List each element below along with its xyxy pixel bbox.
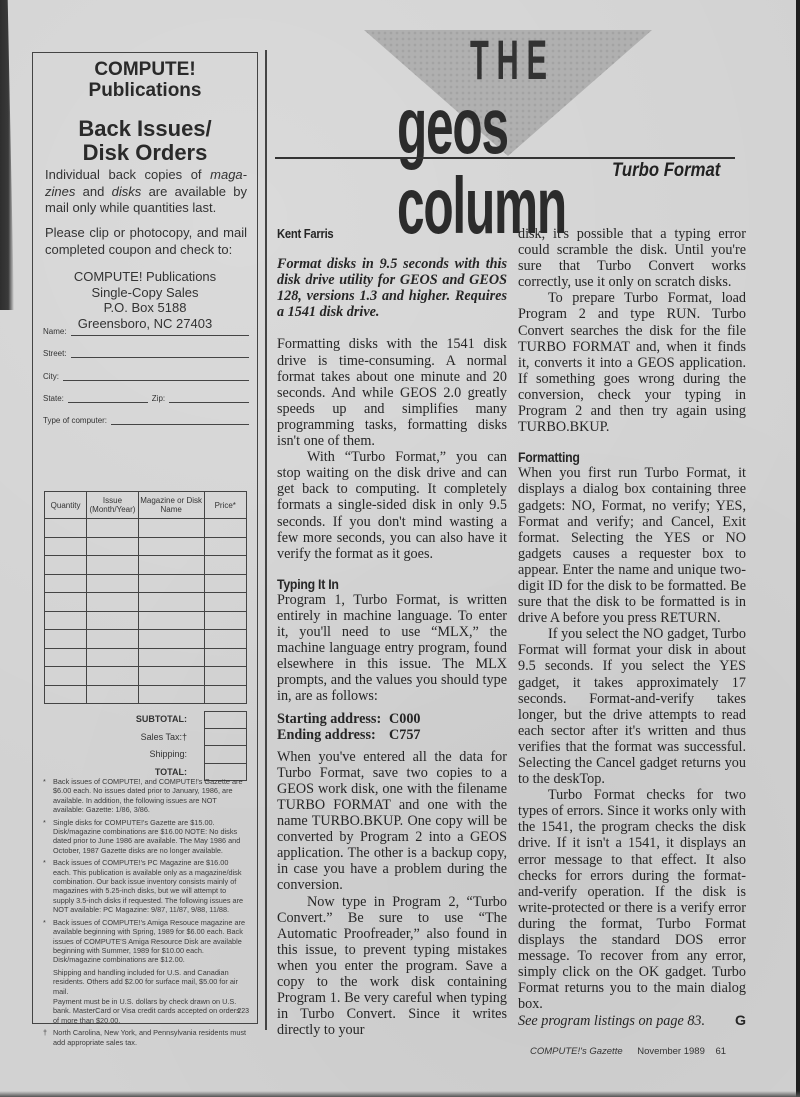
order-cell[interactable] — [45, 574, 87, 593]
order-row — [45, 519, 247, 538]
order-cell[interactable] — [204, 574, 247, 593]
order-cell[interactable] — [87, 537, 139, 556]
page-bottom-edge — [0, 1091, 800, 1097]
order-cell[interactable] — [138, 685, 204, 704]
order-cell[interactable] — [87, 630, 139, 649]
computer-type-field[interactable]: Type of computer: — [43, 416, 249, 425]
note-item: Shipping and handling included for U.S. … — [43, 968, 247, 996]
order-cell[interactable] — [87, 574, 139, 593]
coupon-notes: *Back issues of COMPUTE!, and COMPUTE!'s… — [43, 777, 247, 1050]
coupon-title: COMPUTE! Publications — [33, 59, 257, 101]
col-name: Magazine or Disk Name — [138, 492, 204, 519]
listing-reference: See program listings on page 83.G — [518, 1013, 746, 1029]
ending-address: Ending address:C757 — [277, 727, 507, 743]
col-price: Price* — [204, 492, 247, 519]
order-cell[interactable] — [87, 667, 139, 686]
page-number: 61 — [716, 1046, 727, 1057]
shipping-box[interactable] — [204, 746, 247, 764]
paragraph: With “Turbo Format,” you can stop waitin… — [277, 449, 507, 562]
order-cell[interactable] — [45, 667, 87, 686]
note-item: *Back issues of COMPUTE!, and COMPUTE!'s… — [43, 777, 247, 815]
order-cell[interactable] — [138, 556, 204, 575]
article-title: Turbo Format — [612, 160, 720, 182]
paragraph: If you select the NO gadget, Turbo Forma… — [518, 626, 746, 787]
section-heading-formatting: Formatting — [518, 449, 719, 465]
order-cell[interactable] — [138, 519, 204, 538]
magazine-page: COMPUTE! Publications Back Issues/ Disk … — [0, 0, 800, 1097]
order-row — [45, 537, 247, 556]
page-right-edge — [796, 0, 800, 1097]
paragraph: Turbo Format checks for two types of err… — [518, 787, 746, 1012]
order-cell[interactable] — [204, 611, 247, 630]
page-edge-shadow — [0, 0, 14, 310]
header-rule — [275, 157, 735, 159]
order-cell[interactable] — [45, 593, 87, 612]
order-cell[interactable] — [204, 667, 247, 686]
shipping-row: Shipping: — [44, 746, 247, 764]
paragraph: Now type in Program 2, “Turbo Convert.” … — [277, 894, 507, 1039]
zip-input[interactable] — [169, 396, 249, 403]
street-field[interactable]: Street: — [43, 349, 249, 358]
order-cell[interactable] — [204, 593, 247, 612]
totals-block: SUBTOTAL: Sales Tax:† Shipping: TOTAL: — [44, 711, 247, 781]
paragraph: When you've entered all the data for Tur… — [277, 749, 507, 894]
order-cell[interactable] — [204, 519, 247, 538]
order-cell[interactable] — [138, 537, 204, 556]
state-input[interactable] — [68, 396, 148, 403]
order-cell[interactable] — [87, 593, 139, 612]
author-byline: Kent Farris — [277, 226, 484, 242]
order-cell[interactable] — [45, 648, 87, 667]
order-row — [45, 630, 247, 649]
order-cell[interactable] — [87, 556, 139, 575]
order-cell[interactable] — [204, 648, 247, 667]
coupon-instruction: Please clip or photocopy, and mail compl… — [45, 225, 247, 258]
order-cell[interactable] — [87, 685, 139, 704]
order-cell[interactable] — [138, 574, 204, 593]
publication-name: COMPUTE!'s Gazette — [530, 1046, 623, 1057]
paragraph: When you first run Turbo Format, it disp… — [518, 465, 746, 626]
order-row — [45, 648, 247, 667]
coupon-code: 223 — [237, 1008, 249, 1015]
city-field[interactable]: City: — [43, 372, 249, 381]
coupon-intro: Individual back copies of maga-zines and… — [45, 167, 247, 217]
sales-tax-row: Sales Tax:† — [44, 729, 247, 747]
order-cell[interactable] — [45, 611, 87, 630]
page-footer: COMPUTE!'s Gazette November 1989 61 — [530, 1046, 726, 1057]
column-divider — [265, 50, 267, 1030]
back-issues-coupon: COMPUTE! Publications Back Issues/ Disk … — [32, 52, 258, 1024]
order-cell[interactable] — [138, 648, 204, 667]
order-cell[interactable] — [204, 685, 247, 704]
starting-address: Starting address:C000 — [277, 711, 507, 727]
order-row — [45, 611, 247, 630]
order-row — [45, 667, 247, 686]
order-cell[interactable] — [204, 630, 247, 649]
col-issue: Issue (Month/Year) — [87, 492, 139, 519]
paragraph: disk, it's possible that a typing error … — [518, 226, 746, 290]
order-cell[interactable] — [45, 519, 87, 538]
order-cell[interactable] — [204, 537, 247, 556]
order-cell[interactable] — [87, 648, 139, 667]
col-quantity: Quantity — [45, 492, 87, 519]
article-column-1: Kent Farris Format disks in 9.5 seconds … — [277, 226, 507, 1038]
order-cell[interactable] — [45, 630, 87, 649]
sales-tax-box[interactable] — [204, 729, 247, 747]
paragraph: Formatting disks with the 1541 disk driv… — [277, 336, 507, 449]
section-heading-typing: Typing It In — [277, 576, 479, 592]
coupon-subtitle: Back Issues/ Disk Orders — [33, 117, 257, 165]
note-item: Payment must be in U.S. dollars by check… — [43, 997, 247, 1025]
order-cell[interactable] — [87, 611, 139, 630]
article-deck: Format disks in 9.5 seconds with this di… — [277, 256, 507, 320]
order-row — [45, 556, 247, 575]
name-field[interactable]: Name: — [43, 327, 249, 336]
order-cell[interactable] — [45, 685, 87, 704]
end-mark-icon: G — [735, 1013, 746, 1029]
order-row — [45, 574, 247, 593]
order-table: Quantity Issue (Month/Year) Magazine or … — [44, 491, 247, 704]
order-cell[interactable] — [138, 611, 204, 630]
state-zip-field[interactable]: State: Zip: — [43, 394, 249, 403]
note-item: *Back issues of COMPUTE!'s Amiga Resouce… — [43, 918, 247, 965]
paragraph: Program 1, Turbo Format, is written enti… — [277, 592, 507, 705]
subtotal-box[interactable] — [204, 711, 247, 729]
order-cell[interactable] — [45, 556, 87, 575]
order-row — [45, 593, 247, 612]
column-title: geos column — [397, 86, 647, 246]
subtotal-row: SUBTOTAL: — [44, 711, 247, 729]
order-cell[interactable] — [138, 630, 204, 649]
note-item: †North Carolina, New York, and Pennsylva… — [43, 1028, 247, 1047]
order-cell[interactable] — [45, 537, 87, 556]
order-row — [45, 685, 247, 704]
article-column-2: disk, it's possible that a typing error … — [518, 226, 746, 1029]
mailing-address: COMPUTE! Publications Single-Copy Sales … — [33, 269, 257, 331]
order-cell[interactable] — [204, 556, 247, 575]
order-cell[interactable] — [138, 667, 204, 686]
issue-date: November 1989 — [637, 1046, 705, 1057]
order-cell[interactable] — [87, 519, 139, 538]
note-item: *Single disks for COMPUTE!'s Gazette are… — [43, 818, 247, 856]
note-item: *Back issues of COMPUTE!'s PC Magazine a… — [43, 858, 247, 914]
order-cell[interactable] — [138, 593, 204, 612]
paragraph: To prepare Turbo Format, load Program 2 … — [518, 290, 746, 435]
